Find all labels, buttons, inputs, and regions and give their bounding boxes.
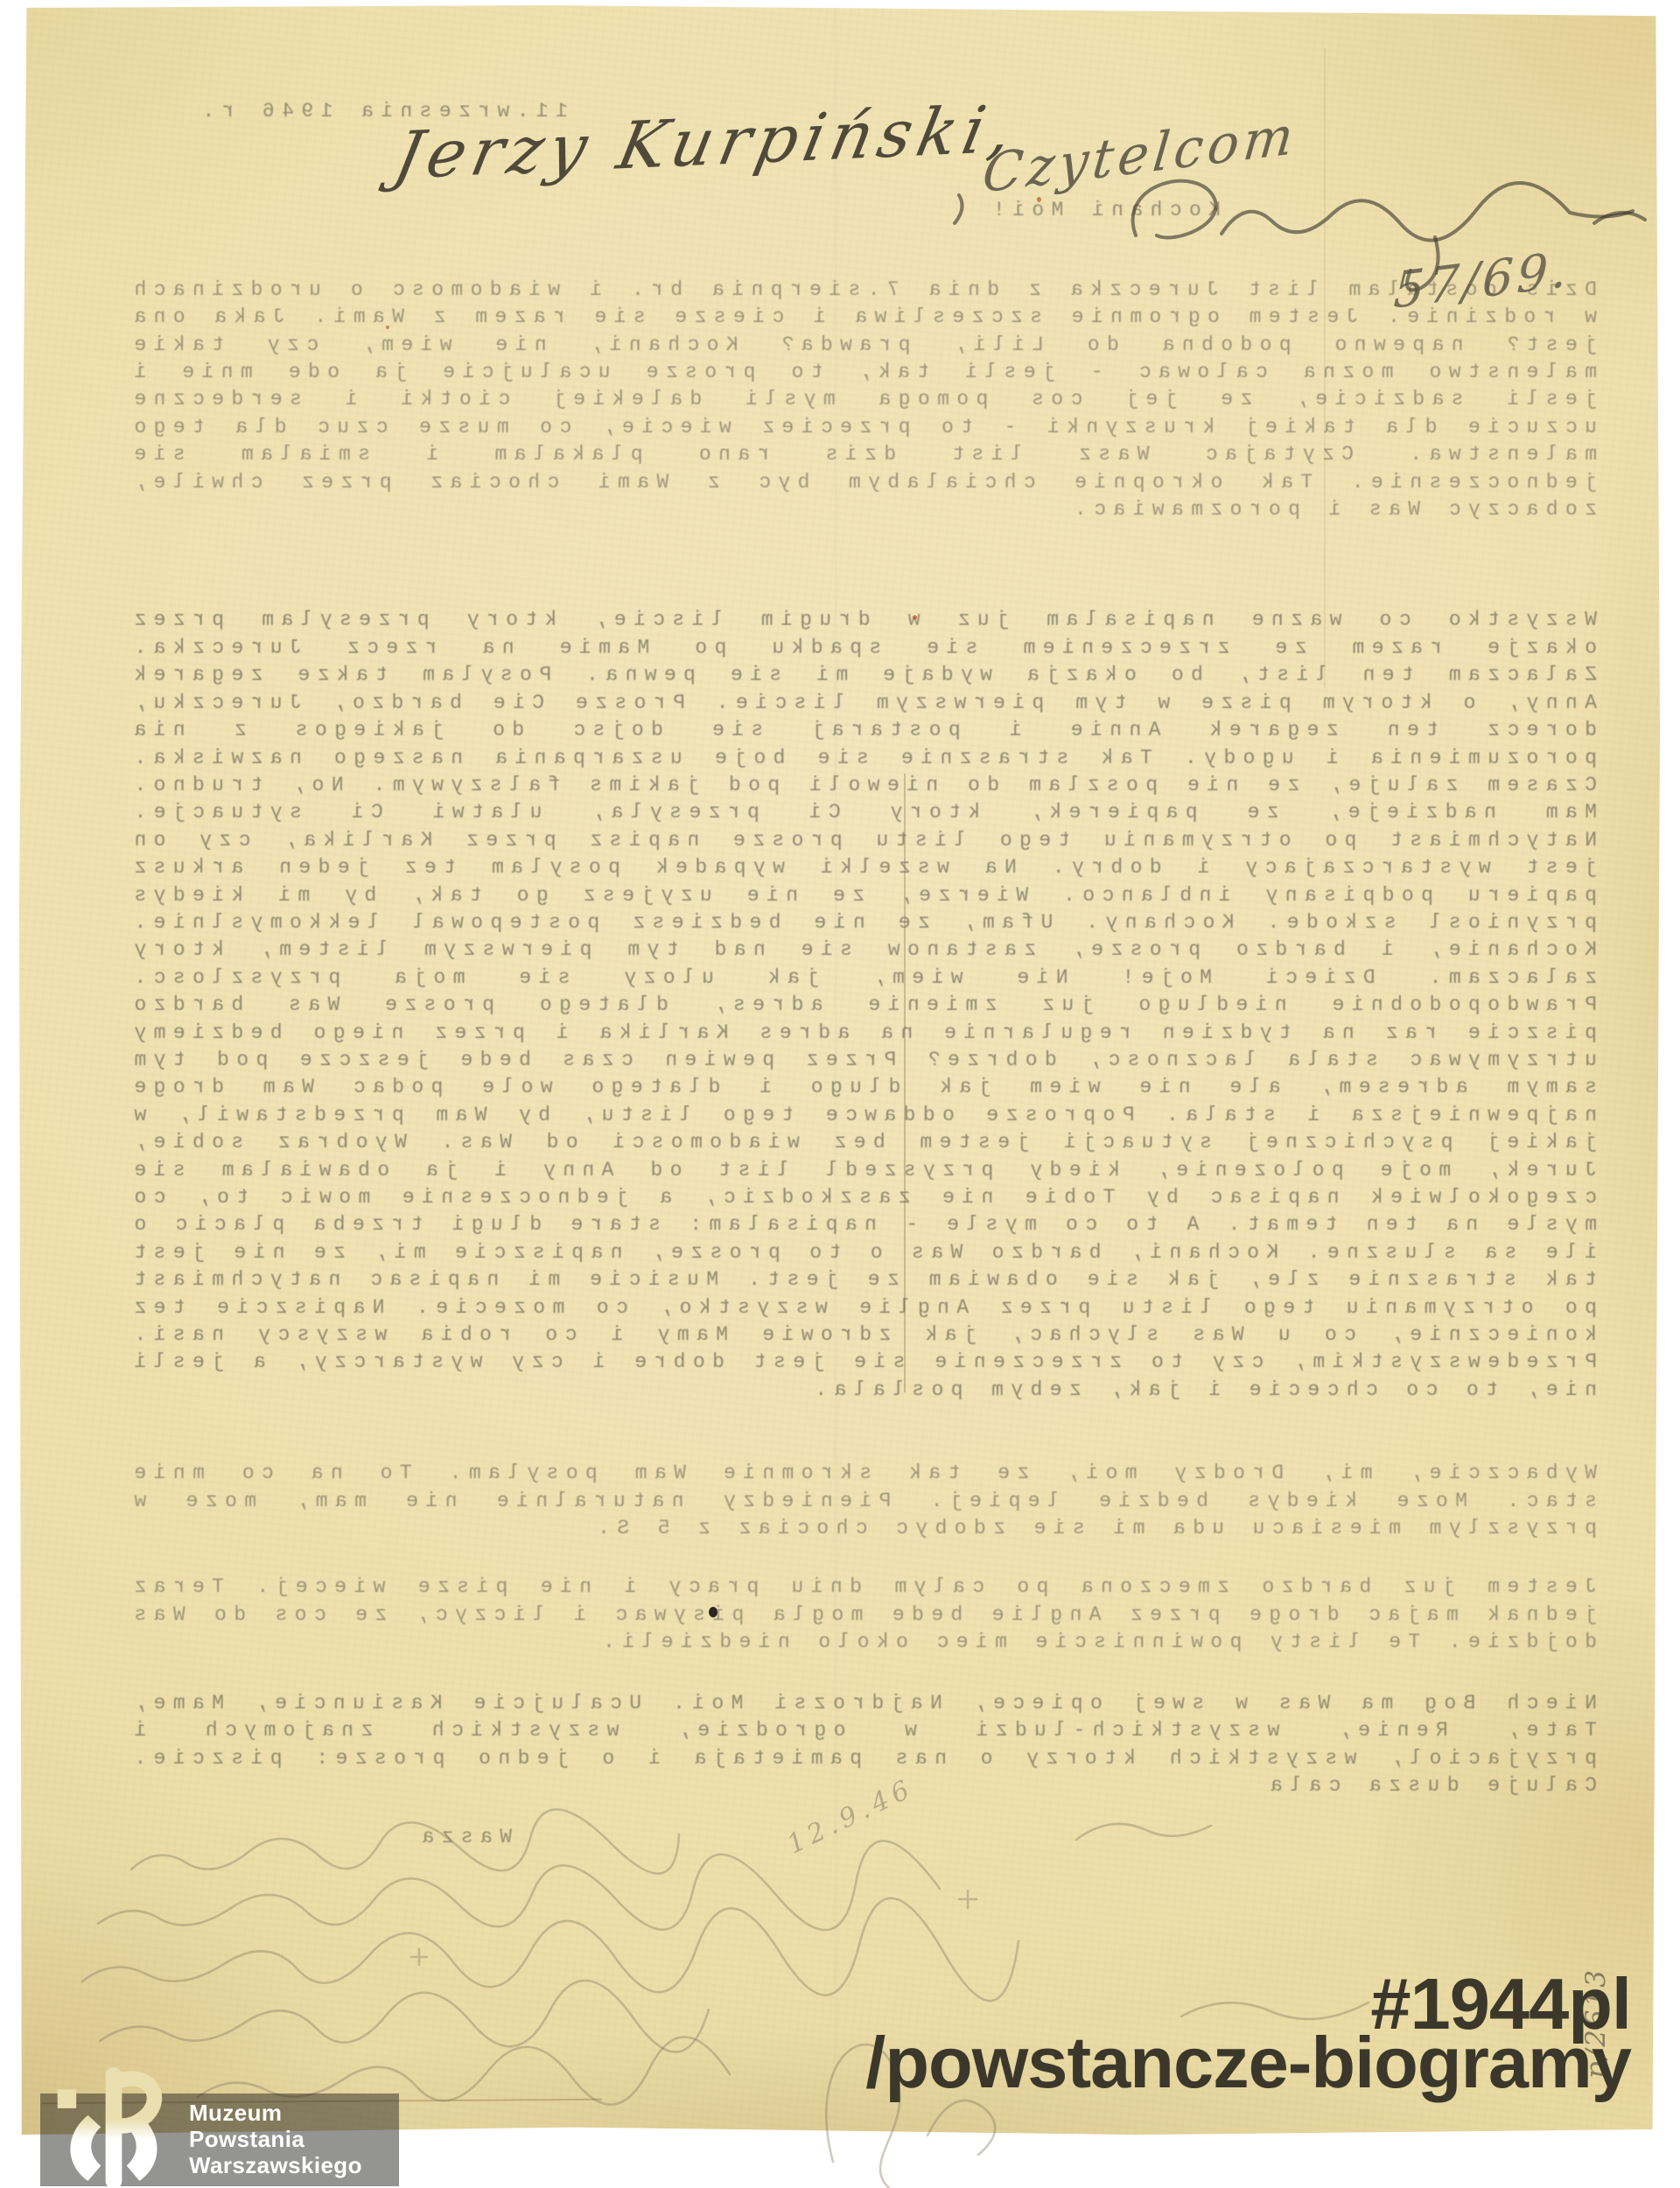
pw-anchor-icon bbox=[45, 2064, 182, 2188]
typed-text-bleedthrough-layer: 11.wrzesnia 1946 r. Kochani Moi! Dzis do… bbox=[127, 98, 1597, 1852]
ink-speck bbox=[709, 1607, 717, 1617]
museum-logo-text: Muzeum Powstania Warszawskiego bbox=[189, 2100, 362, 2178]
museum-logo-line-2: Powstania bbox=[189, 2126, 362, 2152]
scanned-letter-page: { "header": { "typed_date": "11.wrzesnia… bbox=[0, 0, 1680, 2188]
museum-logo-line-3: Warszawskiego bbox=[189, 2152, 362, 2178]
rust-speck bbox=[913, 615, 917, 620]
letter-paragraph-5: Niech Bog ma Was w swej opiece, Najdrozs… bbox=[127, 1690, 1597, 1800]
letter-paragraph-3: Wybaczcie, mi, Drodzy moi, ze tak skromn… bbox=[127, 1460, 1597, 1542]
watermark-caption: #1944pl /powstancze-biogramy bbox=[865, 1974, 1631, 2092]
rust-speck bbox=[386, 326, 389, 329]
museum-logo-badge: Muzeum Powstania Warszawskiego bbox=[40, 2093, 399, 2186]
letter-paragraph-4: Jestem juz bardzo zmeczona po calym dniu… bbox=[127, 1574, 1597, 1656]
letter-paragraph-2: Wszystko co wazne napisalam juz w drugim… bbox=[127, 607, 1597, 1404]
museum-logo-line-1: Muzeum bbox=[189, 2100, 362, 2126]
watermark-series: /powstancze-biogramy bbox=[865, 2033, 1631, 2092]
rust-speck bbox=[1037, 197, 1041, 202]
